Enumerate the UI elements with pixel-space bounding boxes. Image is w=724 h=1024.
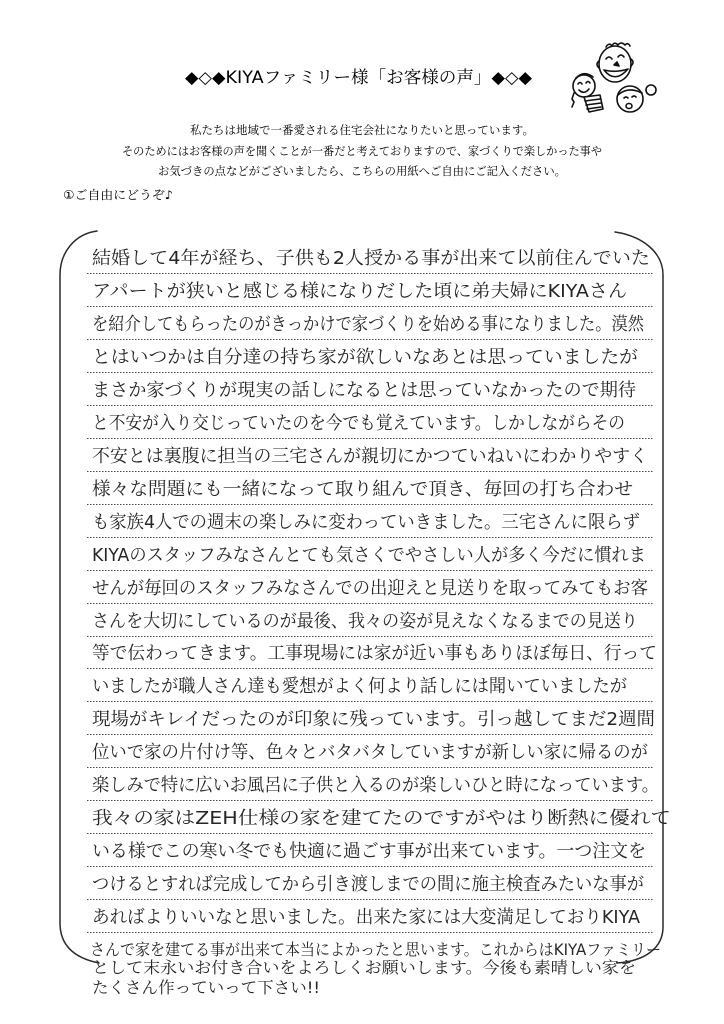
intro-line: 私たちは地域で一番愛される住宅会社になりたいと思っています。 <box>190 123 534 137</box>
dotted-rule <box>87 405 653 406</box>
handwritten-line: と不安が入り交じっていたのを今でも覚えています。しかしながらその <box>92 413 667 435</box>
dotted-rule <box>87 471 653 472</box>
handwritten-line-text: アパートが狭いと感じる様になりだした頃に弟夫婦にKIYAさん <box>92 281 627 303</box>
dotted-rule <box>87 932 653 933</box>
handwritten-line-text: を紹介してもらったのがきっかけで家づくりを始める事になりました。漠然 <box>92 314 644 336</box>
dotted-rule <box>87 603 653 604</box>
handwritten-line: アパートが狭いと感じる様になりだした頃に弟夫婦にKIYAさん <box>92 281 598 303</box>
dotted-rule <box>87 537 653 538</box>
intro-line-text: そのためにはお客様の声を聞くことが一番だと考えておりますので、家づくりで楽しかっ… <box>122 144 602 158</box>
handwritten-line: とはいつかは自分達の持ち家が欲しいなあとは思っていましたが <box>92 347 614 369</box>
handwritten-line-text: いる様でこの寒い冬でも快適に過ごす事が出来ています。一つ注文を <box>92 841 646 863</box>
dotted-rule <box>87 767 653 768</box>
handwritten-line: を紹介してもらったのがきっかけで家づくりを始める事になりました。漠然 <box>92 314 704 336</box>
handwritten-line-text: たくさん作っていって下さい!! <box>92 978 320 998</box>
handwritten-line: せんが毎回のスタッフみなさんでの出迎えと見送りを取ってみてもお客 <box>92 578 668 600</box>
handwritten-line: 等で伝わってきます。工事現場には家が近い事もありほぼ毎日、行って <box>92 643 666 665</box>
handwritten-line-text: まさか家づくりが現実の話しになるとは思っていなかったので期待 <box>92 380 636 402</box>
handwritten-line: さんで家を建てる事が出来て本当によかったと思います。これからはKIYAファミリー <box>90 940 699 960</box>
handwritten-line-text: も家族4人での週末の楽しみに変わっていきました。三宅さんに限らず <box>92 512 640 534</box>
handwritten-line: いましたが職人さん達も愛想がよく何より話しには聞いていましたが <box>92 676 650 698</box>
handwritten-line-text: KIYAのスタッフみなさんとても気さくでやさしい人が多く今だに慣れま <box>92 545 646 567</box>
dotted-rule <box>87 701 653 702</box>
handwritten-line-text: 位いで家の片付け等、色々とバタバタしていますが新しい家に帰るのが <box>92 742 648 764</box>
mom-face-icon <box>617 85 656 112</box>
handwritten-line-text: 楽しみで特に広いお風呂に子供と入るのが楽しいひと時になっています。 <box>92 775 659 797</box>
dotted-rule <box>87 636 653 637</box>
handwritten-line-text: 様々な問題にも一緒になって取り組んで頂き、毎回の打ち合わせ <box>92 479 633 501</box>
dotted-rule <box>87 339 653 340</box>
section-label: ①ご自由にどうぞ♪ <box>63 188 165 202</box>
handwritten-line: いる様でこの寒い冬でも快適に過ごす事が出来ています。一つ注文を <box>92 841 649 863</box>
handwritten-line-text: あればよりいいなと思いました。出来た家には大変満足しておりKIYA <box>92 907 640 929</box>
intro-line-text: お気づきの点などがございましたら、こちらの用紙へご自由にご記入ください。 <box>158 164 566 178</box>
handwritten-line-text: と不安が入り交じっていたのを今でも覚えています。しかしながらその <box>92 413 625 435</box>
handwritten-line-text: いましたが職人さん達も愛想がよく何より話しには聞いていましたが <box>92 676 627 698</box>
family-faces-illustration <box>560 38 670 118</box>
child-face-icon <box>572 74 603 112</box>
handwritten-line-text: 我々の家はZEH仕様の家を建てたのですがやはり断熱に優れて <box>92 808 671 830</box>
handwritten-line: KIYAのスタッフみなさんとても気さくでやさしい人が多く今だに慣れま <box>92 545 671 567</box>
handwritten-line: 現場がキレイだったのが印象に残っています。引っ越してまだ2週間 <box>92 709 641 731</box>
handwritten-line-text: として末永いお付き合いをよろしくお願いします。今後も素晴しい家を <box>92 958 636 978</box>
dotted-rule <box>87 833 653 834</box>
dotted-rule <box>87 734 653 735</box>
intro-line-text: 私たちは地域で一番愛される住宅会社になりたいと思っています。 <box>190 123 534 137</box>
handwritten-line-text: つけるとすれば完成してから引き渡しまでの間に施主検査みたいな事が <box>92 874 644 896</box>
handwritten-line: 楽しみで特に広いお風呂に子供と入るのが楽しいひと時になっています。 <box>92 775 685 797</box>
dotted-rule <box>87 570 653 571</box>
handwritten-line: として末永いお付き合いをよろしくお願いします。今後も素晴しい家を <box>92 958 603 978</box>
handwritten-line: つけるとすれば完成してから引き渡しまでの間に施主検査みたいな事が <box>92 874 668 896</box>
handwritten-line-text: 等で伝わってきます。工事現場には家が近い事もありほぼ毎日、行って <box>92 643 657 665</box>
handwritten-line: 結婚して4年が経ち、子供も2人授かる事が出来て以前住んでいた <box>92 248 619 270</box>
page-title-text: ◆◇◆KIYAファミリー様「お客様の声」◆◇◆ <box>185 68 532 88</box>
dotted-rule <box>87 306 653 307</box>
handwritten-line-text: 現場がキレイだったのが印象に残っています。引っ越してまだ2週間 <box>92 709 655 731</box>
dotted-rule <box>87 504 653 505</box>
handwritten-line-text: さんを大切にしているのが最後、我々の姿が見えなくなるまでの見送り <box>92 611 638 633</box>
section-label-text: ①ご自由にどうぞ♪ <box>63 188 173 202</box>
handwritten-line: 位いで家の片付け等、色々とバタバタしていますが新しい家に帰るのが <box>92 742 668 764</box>
handwritten-line: 我々の家はZEH仕様の家を建てたのですがやはり断熱に優れて <box>92 808 597 830</box>
handwritten-line: も家族4人での週末の楽しみに変わっていきました。三宅さんに限らず <box>92 512 661 534</box>
handwritten-line-text: とはいつかは自分達の持ち家が欲しいなあとは思っていましたが <box>92 347 638 369</box>
handwritten-line-text: 結婚して4年が経ち、子供も2人授かる事が出来て以前住んでいた <box>92 248 650 270</box>
dotted-rule <box>87 438 653 439</box>
intro-line: お気づきの点などがございましたら、こちらの用紙へご自由にご記入ください。 <box>158 164 572 178</box>
dotted-rule <box>87 273 653 274</box>
handwritten-line: 様々な問題にも一緒になって取り組んで頂き、毎回の打ち合わせ <box>92 479 613 501</box>
intro-line: そのためにはお客様の声を聞くことが一番だと考えておりますので、家づくりで楽しかっ… <box>122 144 616 158</box>
handwritten-line-text: 不安とは裏腹に担当の三宅さんが親切にかつていねいにわかりやすく <box>92 446 648 468</box>
dotted-rule <box>87 372 653 373</box>
dad-face-icon <box>597 43 633 82</box>
dotted-rule <box>87 866 653 867</box>
dotted-rule <box>87 899 653 900</box>
dotted-rule <box>87 800 653 801</box>
handwritten-line: あればよりいいなと思いました。出来た家には大変満足しておりKIYA <box>92 907 653 929</box>
handwritten-line: さんを大切にしているのが最後、我々の姿が見えなくなるまでの見送り <box>92 611 668 633</box>
dotted-rule <box>87 668 653 669</box>
handwritten-line-text: せんが毎回のスタッフみなさんでの出迎えと見送りを取ってみてもお客 <box>92 578 648 600</box>
handwritten-line: 不安とは裏腹に担当の三宅さんが親切にかつていねいにわかりやすく <box>92 446 650 468</box>
handwritten-line: たくさん作っていって下さい!! <box>92 978 313 998</box>
handwritten-line: まさか家づくりが現実の話しになるとは思っていなかったので期待 <box>92 380 632 402</box>
handwritten-line-text: さんで家を建てる事が出来て本当によかったと思います。これからはKIYAファミリー <box>90 940 661 960</box>
page-title: ◆◇◆KIYAファミリー様「お客様の声」◆◇◆ <box>185 68 521 88</box>
